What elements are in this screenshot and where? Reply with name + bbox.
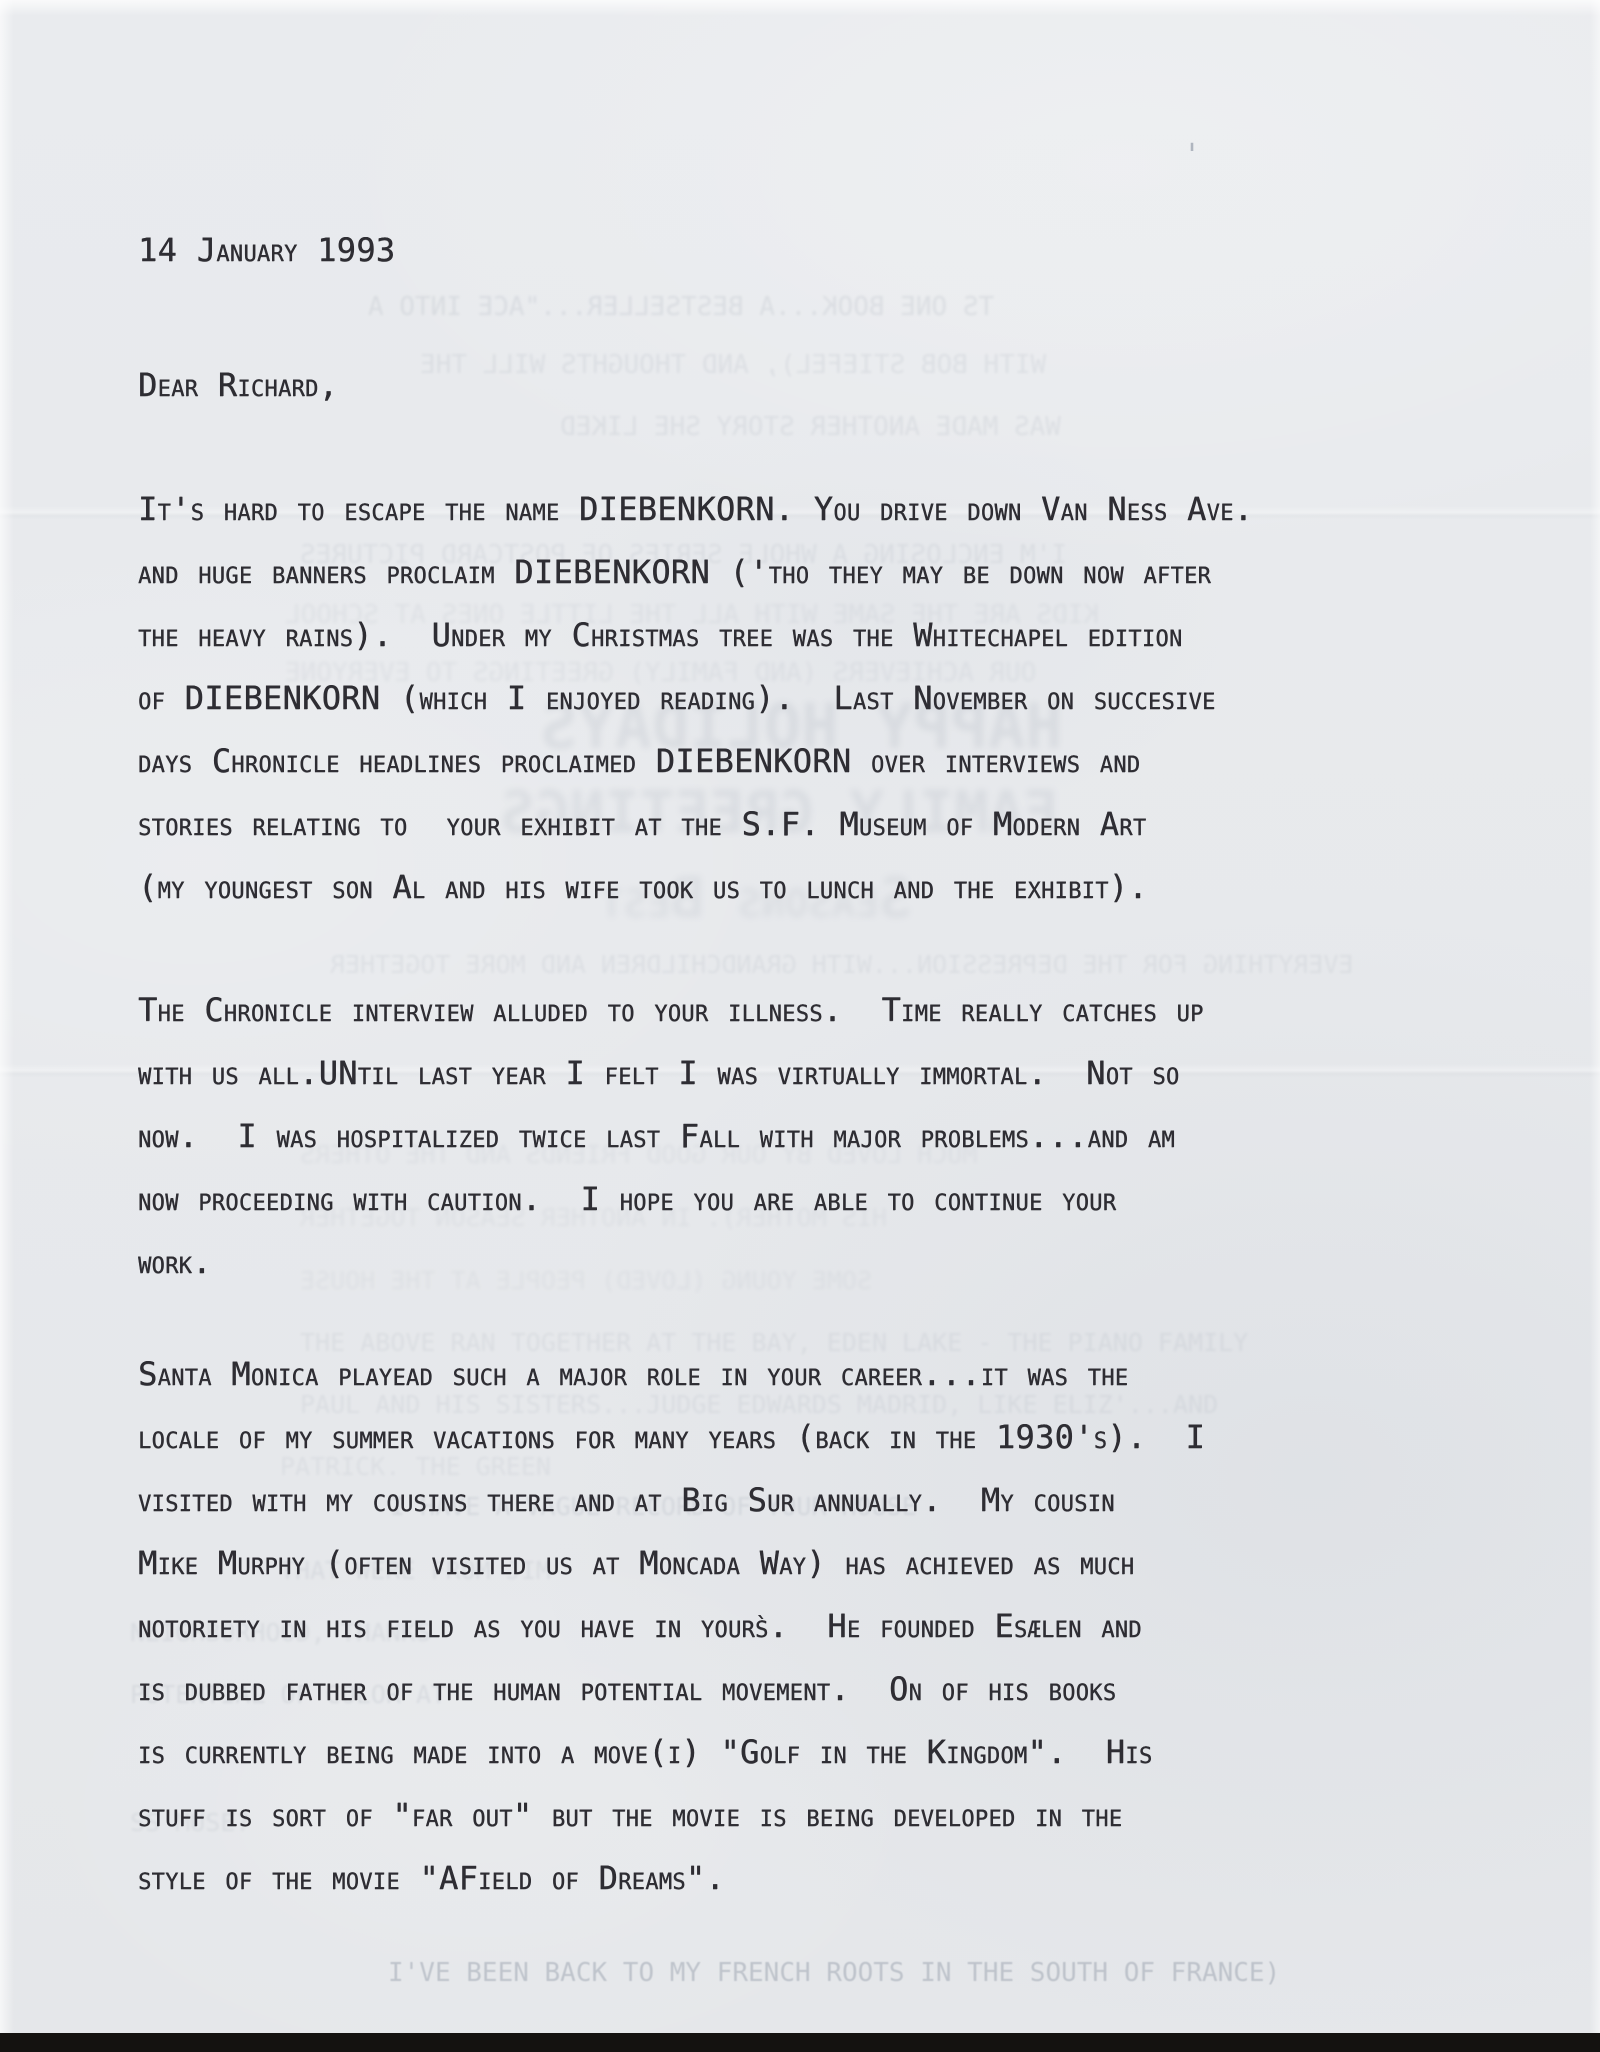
scan-edge-right [1590,0,1600,2052]
letter-line: Santa Monica playead such a major role i… [138,1343,1205,1406]
letter-line: visited with my cousins there and at Big… [138,1469,1205,1532]
letter-line: locale of my summer vacations for many y… [138,1406,1205,1469]
letter-line: is currently being made into a move(i) "… [138,1721,1205,1784]
letter-body: 14 January 1993 Dear Richard, It's hard … [0,0,1600,2052]
letter-line: The Chronicle interview alluded to your … [138,979,1204,1042]
letter-line: notoriety in his field as you have in yo… [138,1595,1205,1658]
letter-line: the heavy rains). Under my Christmas tre… [138,604,1253,667]
letter-line: is dubbed father of the human potential … [138,1658,1205,1721]
paragraph: The Chronicle interview alluded to your … [138,979,1204,1294]
letter-salutation: Dear Richard, [138,366,338,404]
letter-line: It's hard to escape the name DIEBENKORN.… [138,478,1253,541]
letter-line: days Chronicle headlines proclaimed DIEB… [138,730,1253,793]
scan-edge-top [0,0,1600,16]
letter-line: and huge banners proclaim DIEBENKORN ('t… [138,541,1253,604]
letter-line: now. I was hospitalized twice last Fall … [138,1105,1204,1168]
letter-line: with us all.UNtil last year I felt I was… [138,1042,1204,1105]
scanned-letter-page: 'TS ONE BOOK...A BESTSELLER..."ACE INTO … [0,0,1600,2052]
letter-line: stuff is sort of "far out" but the movie… [138,1784,1205,1847]
letter-date: 14 January 1993 [138,231,395,269]
letter-line: work. [138,1231,1204,1294]
paragraph: Santa Monica playead such a major role i… [138,1343,1205,1910]
letter-line: style of the movie "AField of Dreams". [138,1847,1205,1910]
letter-line: (my youngest son Al and his wife took us… [138,856,1253,919]
letter-line: of DIEBENKORN (which I enjoyed reading).… [138,667,1253,730]
scan-edge-left [0,0,14,2052]
letter-line: Mike Murphy (often visited us at Moncada… [138,1532,1205,1595]
letter-line: stories relating to your exhibit at the … [138,793,1253,856]
scan-edge-bottom-strip [0,2033,1600,2052]
paragraph: It's hard to escape the name DIEBENKORN.… [138,478,1253,919]
letter-line: now proceeding with caution. I hope you … [138,1168,1204,1231]
